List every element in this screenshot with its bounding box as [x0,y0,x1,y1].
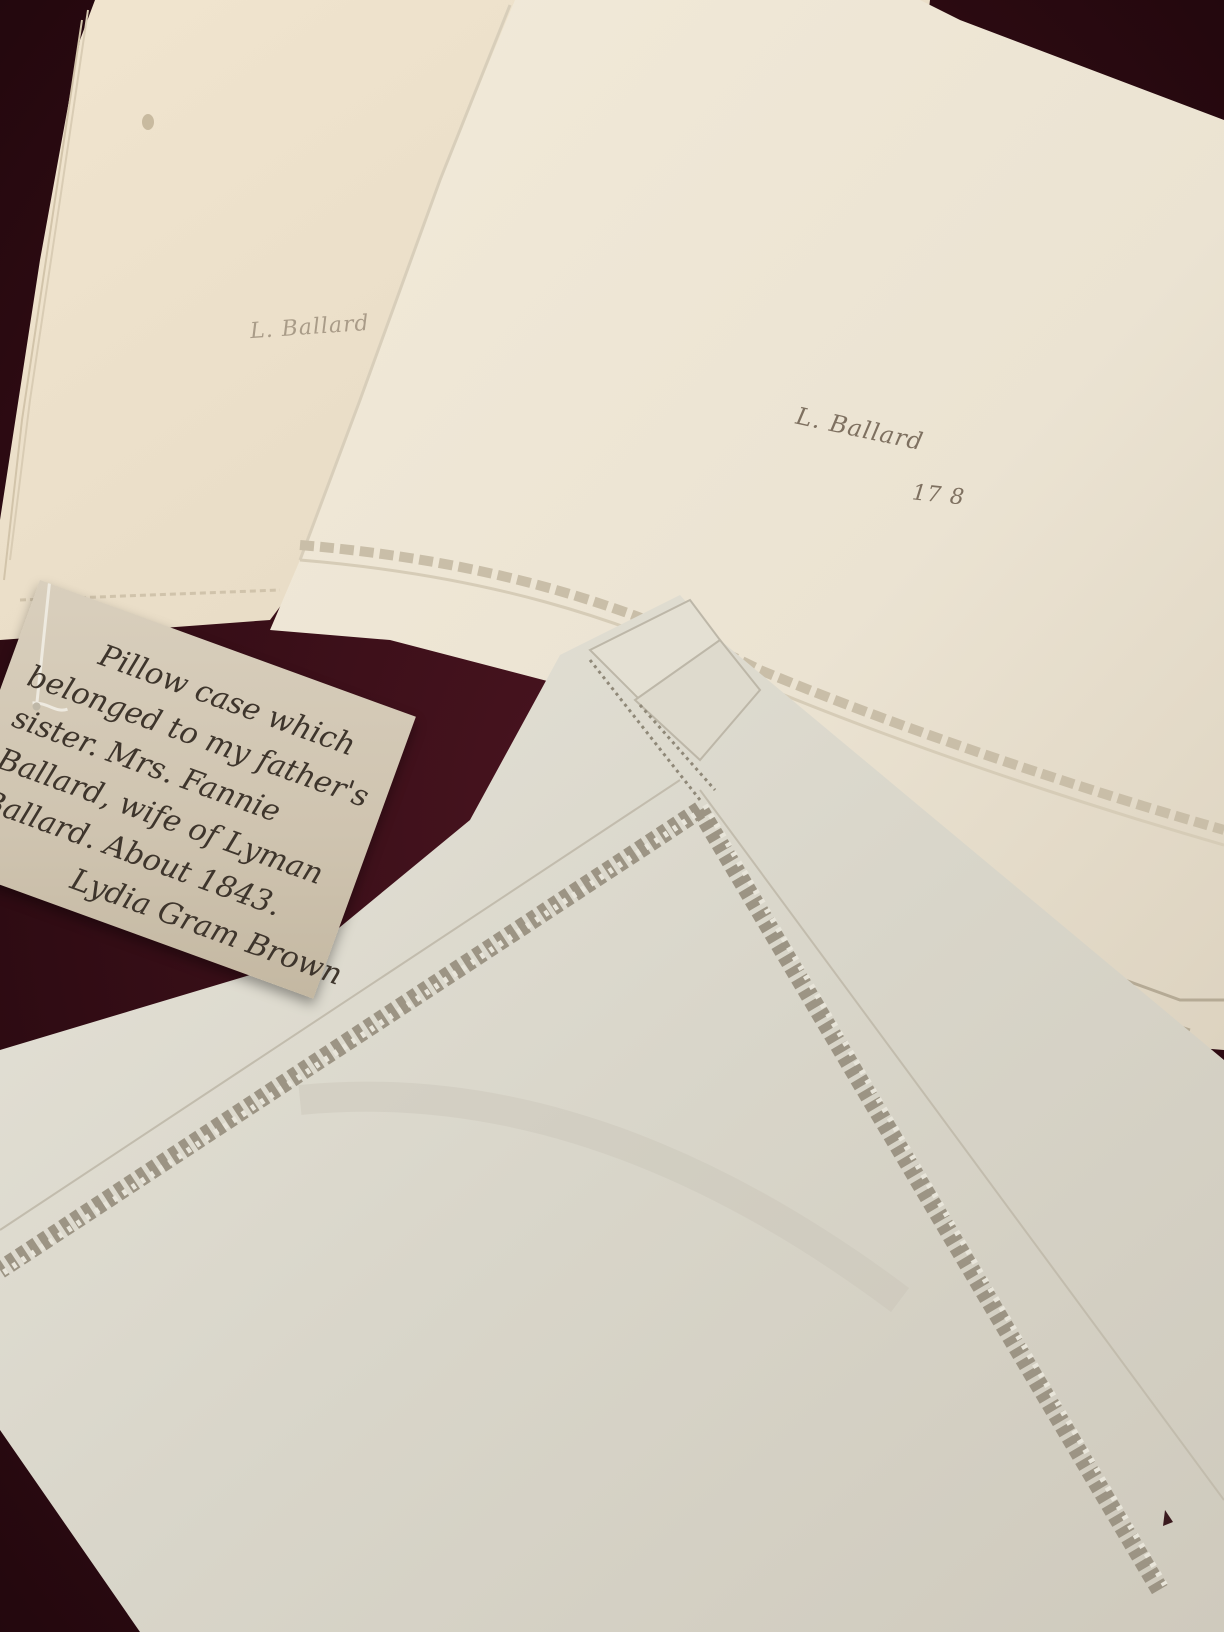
middle-pillowcase-inscription-number: 17 8 [911,480,966,510]
photo-scene: L. Ballard L. Ballard 17 8 Pillow case w… [0,0,1224,1632]
